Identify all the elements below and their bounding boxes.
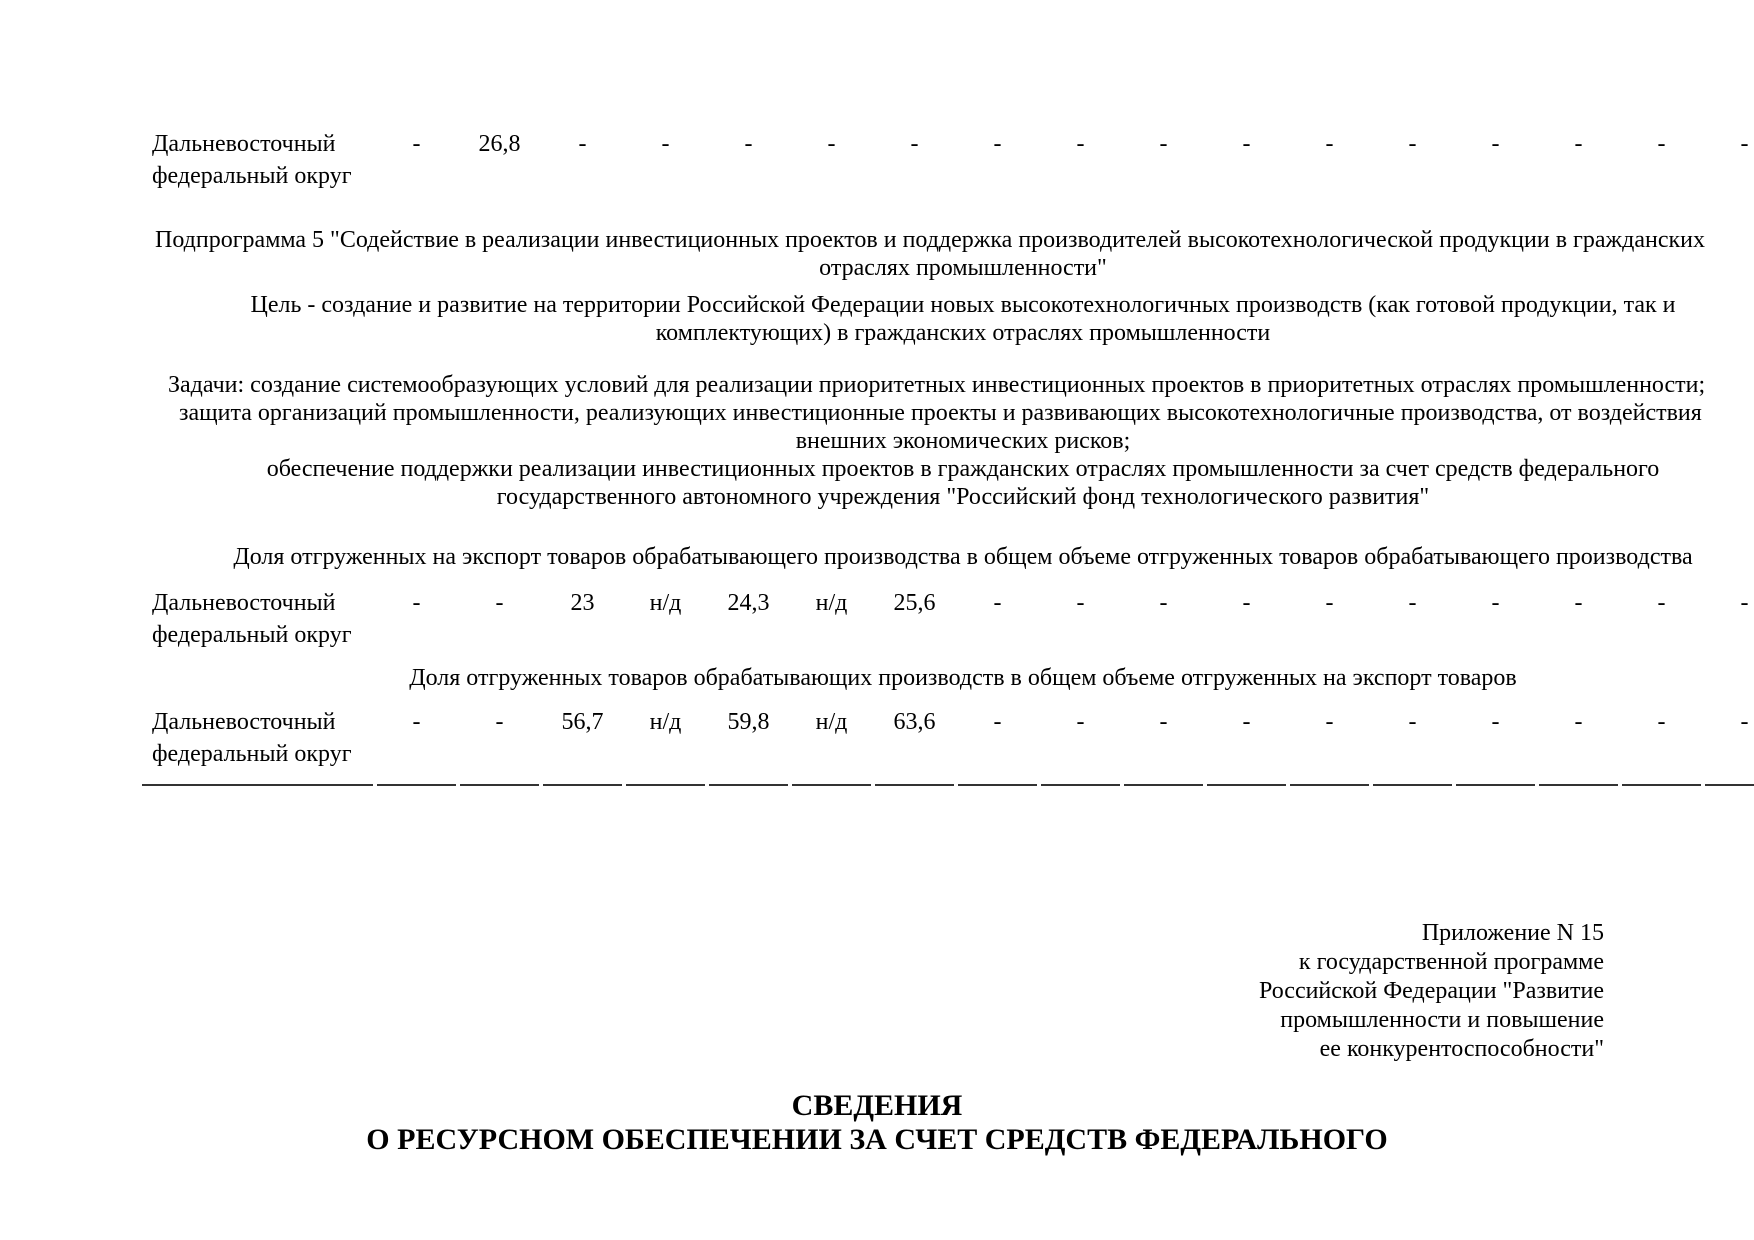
region-label-line: федеральный округ (152, 619, 375, 651)
table-cell: 25,6 (873, 587, 956, 651)
table-cell: - (1371, 587, 1454, 651)
table-cell: - (1703, 706, 1754, 770)
table-row: Дальневосточный федеральный округ - - 23… (140, 587, 1754, 651)
region-label: Дальневосточный федеральный округ (140, 706, 375, 770)
region-label-line: Дальневосточный (152, 587, 375, 619)
tasks-line: защита организаций промышленности, реали… (140, 399, 1754, 427)
indicator-heading-shipped-share: Доля отгруженных товаров обрабатывающих … (140, 664, 1754, 692)
table-cell: - (375, 587, 458, 651)
table-cell: 63,6 (873, 706, 956, 770)
table-cell: - (375, 128, 458, 192)
table-cell: - (707, 128, 790, 192)
table-cell: - (956, 128, 1039, 192)
table-cell: - (1454, 706, 1537, 770)
region-label: Дальневосточный федеральный округ (140, 128, 375, 192)
subprogram-heading-line: Подпрограмма 5 "Содействие в реализации … (140, 226, 1754, 254)
region-label-line: Дальневосточный (152, 706, 375, 738)
subprogram-heading-line: отраслях промышленности" (140, 254, 1754, 282)
table-row: Дальневосточный федеральный округ - - 56… (140, 706, 1754, 770)
appendix-line: Приложение N 15 (0, 919, 1604, 948)
table-row: Дальневосточный федеральный округ - 26,8… (140, 128, 1754, 192)
table-cell: - (1039, 128, 1122, 192)
appendix-line: промышленности и повышение (0, 1006, 1604, 1035)
table-cell: - (458, 587, 541, 651)
table-cell: - (1703, 128, 1754, 192)
appendix-line: к государственной программе (0, 948, 1604, 977)
indicator-heading-line: Доля отгруженных на экспорт товаров обра… (140, 543, 1754, 571)
table-bottom-border (140, 784, 1754, 786)
table-cell: - (1205, 706, 1288, 770)
region-label: Дальневосточный федеральный округ (140, 587, 375, 651)
table-cell: - (1454, 128, 1537, 192)
table-cell: - (1039, 706, 1122, 770)
document-title-line: СВЕДЕНИЯ (0, 1089, 1754, 1123)
table-cell: - (956, 587, 1039, 651)
table-cell: н/д (790, 706, 873, 770)
table-cell: - (1205, 128, 1288, 192)
table-cell: - (1620, 128, 1703, 192)
goal-paragraph: Цель - создание и развитие на территории… (140, 291, 1754, 347)
table-cell: - (1371, 128, 1454, 192)
table-cell: - (1454, 587, 1537, 651)
region-label-line: федеральный округ (152, 160, 375, 192)
appendix-line: Российской Федерации "Развитие (0, 977, 1604, 1006)
table-cell: 56,7 (541, 706, 624, 770)
table-cell: - (541, 128, 624, 192)
goal-line: Цель - создание и развитие на территории… (140, 291, 1754, 319)
table-cell: - (1537, 587, 1620, 651)
tasks-line: государственного автономного учреждения … (140, 483, 1754, 511)
table-cell: 59,8 (707, 706, 790, 770)
table-cell: - (1122, 587, 1205, 651)
table-cell: 23 (541, 587, 624, 651)
table-cell: 26,8 (458, 128, 541, 192)
table-cell: - (1122, 706, 1205, 770)
table-cell: н/д (624, 587, 707, 651)
region-label-line: Дальневосточный (152, 128, 375, 160)
subprogram-heading: Подпрограмма 5 "Содействие в реализации … (140, 226, 1754, 282)
table-cell: - (1039, 587, 1122, 651)
table-cell: - (956, 706, 1039, 770)
document-title: СВЕДЕНИЯ О РЕСУРСНОМ ОБЕСПЕЧЕНИИ ЗА СЧЕТ… (0, 1089, 1754, 1157)
table-cell: - (1288, 587, 1371, 651)
table-cell: - (1288, 706, 1371, 770)
region-label-line: федеральный округ (152, 738, 375, 770)
table-cell: - (1537, 706, 1620, 770)
tasks-line: обеспечение поддержки реализации инвести… (140, 455, 1754, 483)
tasks-line: внешних экономических рисков; (140, 427, 1754, 455)
goal-line: комплектующих) в гражданских отраслях пр… (140, 319, 1754, 347)
table-cell: н/д (624, 706, 707, 770)
table-cell: - (1537, 128, 1620, 192)
table-cell: - (1288, 128, 1371, 192)
table-cell: - (873, 128, 956, 192)
table-cell: - (1620, 706, 1703, 770)
table-cell: - (1122, 128, 1205, 192)
table-cell: - (458, 706, 541, 770)
table-cell: - (624, 128, 707, 192)
indicator-heading-export-share: Доля отгруженных на экспорт товаров обра… (140, 543, 1754, 571)
table-cell: - (1371, 706, 1454, 770)
table-cell: - (1205, 587, 1288, 651)
table-cell: 24,3 (707, 587, 790, 651)
appendix-line: ее конкурентоспособности" (0, 1035, 1604, 1064)
appendix-reference: Приложение N 15 к государственной програ… (0, 919, 1604, 1064)
table-cell: - (790, 128, 873, 192)
table-cell: - (1620, 587, 1703, 651)
tasks-paragraph: Задачи: создание системообразующих услов… (140, 371, 1754, 511)
document-title-line: О РЕСУРСНОМ ОБЕСПЕЧЕНИИ ЗА СЧЕТ СРЕДСТВ … (0, 1123, 1754, 1157)
tasks-line: Задачи: создание системообразующих услов… (140, 371, 1754, 399)
table-cell: - (1703, 587, 1754, 651)
document-page: Дальневосточный федеральный округ - 26,8… (0, 0, 1754, 1240)
table-cell: - (375, 706, 458, 770)
table-cell: н/д (790, 587, 873, 651)
indicator-heading-line: Доля отгруженных товаров обрабатывающих … (140, 664, 1754, 692)
